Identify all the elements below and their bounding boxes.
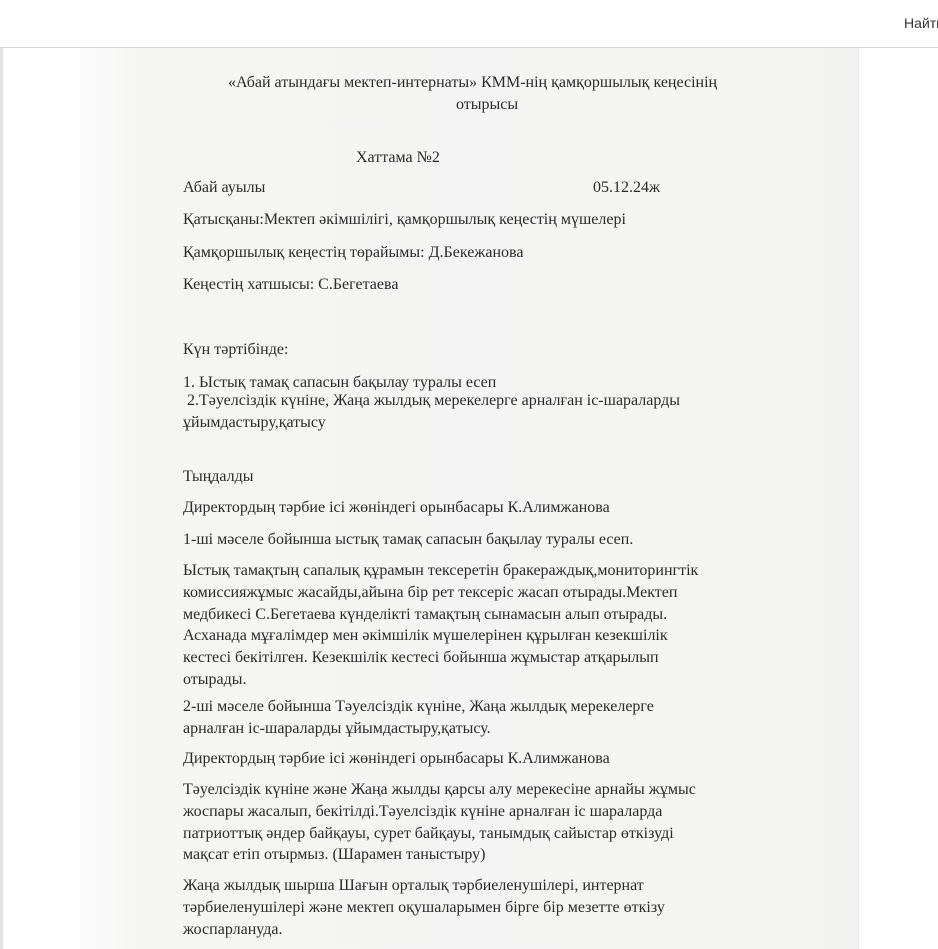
paragraph-line: арналған іс-шараларды ұйымдастыру,қатысу…: [183, 718, 783, 740]
heard-heading: Тыңдалды: [183, 466, 254, 488]
viewer-left-border: [0, 48, 3, 949]
council-chair: Қамқоршылық кеңестің төрайымы: Д.Бекежан…: [183, 242, 523, 264]
paragraph-line: 2-ші мәселе бойынша Тәуелсіздік күніне, …: [183, 696, 783, 718]
paragraph-line: Асханада мұғалімдер мен әкімшілік мүшеле…: [183, 625, 803, 647]
document-viewer[interactable]: «Абай атындағы мектеп-интернаты» КММ-нің…: [0, 48, 938, 949]
paragraph-2: Тәуелсіздік күніне және Жаңа жылды қарсы…: [183, 779, 803, 866]
participants: Қатысқаны:Мектеп әкімшілігі, қамқоршылық…: [183, 209, 626, 231]
top-toolbar: Найти: [0, 0, 938, 48]
paragraph-3: Жаңа жылдық шырша Шағын орталық тәрбиеле…: [183, 875, 803, 940]
protocol-number: Хаттама №2: [356, 147, 440, 169]
paragraph-1: Ыстық тамақтың сапалық құрамын тексереті…: [183, 560, 803, 691]
location: Абай ауылы: [183, 177, 265, 199]
paragraph-line: комиссияжұмыс жасайды,айына бір рет текс…: [183, 582, 803, 604]
question-1: 1-ші мәселе бойынша ыстық тамақ сапасын …: [183, 529, 633, 551]
paragraph-line: тәрбиеленушілері және мектеп оқушаларыме…: [183, 897, 803, 919]
document-title-line-1: «Абай атындағы мектеп-интернаты» КММ-нің…: [228, 72, 717, 94]
agenda-heading: Күн тәртібінде:: [183, 339, 288, 361]
paragraph-line: кестесі бекітілген. Кезекшілік кестесі б…: [183, 647, 803, 669]
council-secretary: Кеңестің хатшысы: С.Бегетаева: [183, 274, 398, 296]
scanned-page: «Абай атындағы мектеп-интернаты» КММ-нің…: [80, 48, 859, 949]
speaker-2: Директордың тәрбие ісі жөніндегі орынбас…: [183, 748, 610, 770]
paragraph-line: медбикесі С.Бегетаева күнделікті тамақты…: [183, 604, 803, 626]
agenda-item-2-cont: ұйымдастыру,қатысу: [183, 412, 326, 434]
paragraph-line: Жаңа жылдық шырша Шағын орталық тәрбиеле…: [183, 875, 803, 897]
paragraph-line: Тәуелсіздік күніне және Жаңа жылды қарсы…: [183, 779, 803, 801]
paragraph-line: патриоттық әндер байқауы, сурет байқауы,…: [183, 823, 803, 845]
paragraph-line: Ыстық тамақтың сапалық құрамын тексереті…: [183, 560, 803, 582]
paragraph-line: жоспары жасалып, бекітілді.Тәуелсіздік к…: [183, 801, 803, 823]
question-2: 2-ші мәселе бойынша Тәуелсіздік күніне, …: [183, 696, 783, 739]
paragraph-line: жоспарлануда.: [183, 919, 803, 941]
document-title-line-2: отырысы: [456, 94, 518, 116]
paragraph-line: мақсат етіп отырмыз. (Шарамен таныстыру): [183, 844, 803, 866]
agenda-item-2: 2.Тәуелсіздік күніне, Жаңа жылдық мереке…: [187, 390, 680, 412]
paragraph-line: отырады.: [183, 669, 803, 691]
document-date: 05.12.24ж: [593, 177, 660, 199]
find-button[interactable]: Найти: [904, 15, 938, 31]
speaker-1: Директордың тәрбие ісі жөніндегі орынбас…: [183, 497, 610, 519]
